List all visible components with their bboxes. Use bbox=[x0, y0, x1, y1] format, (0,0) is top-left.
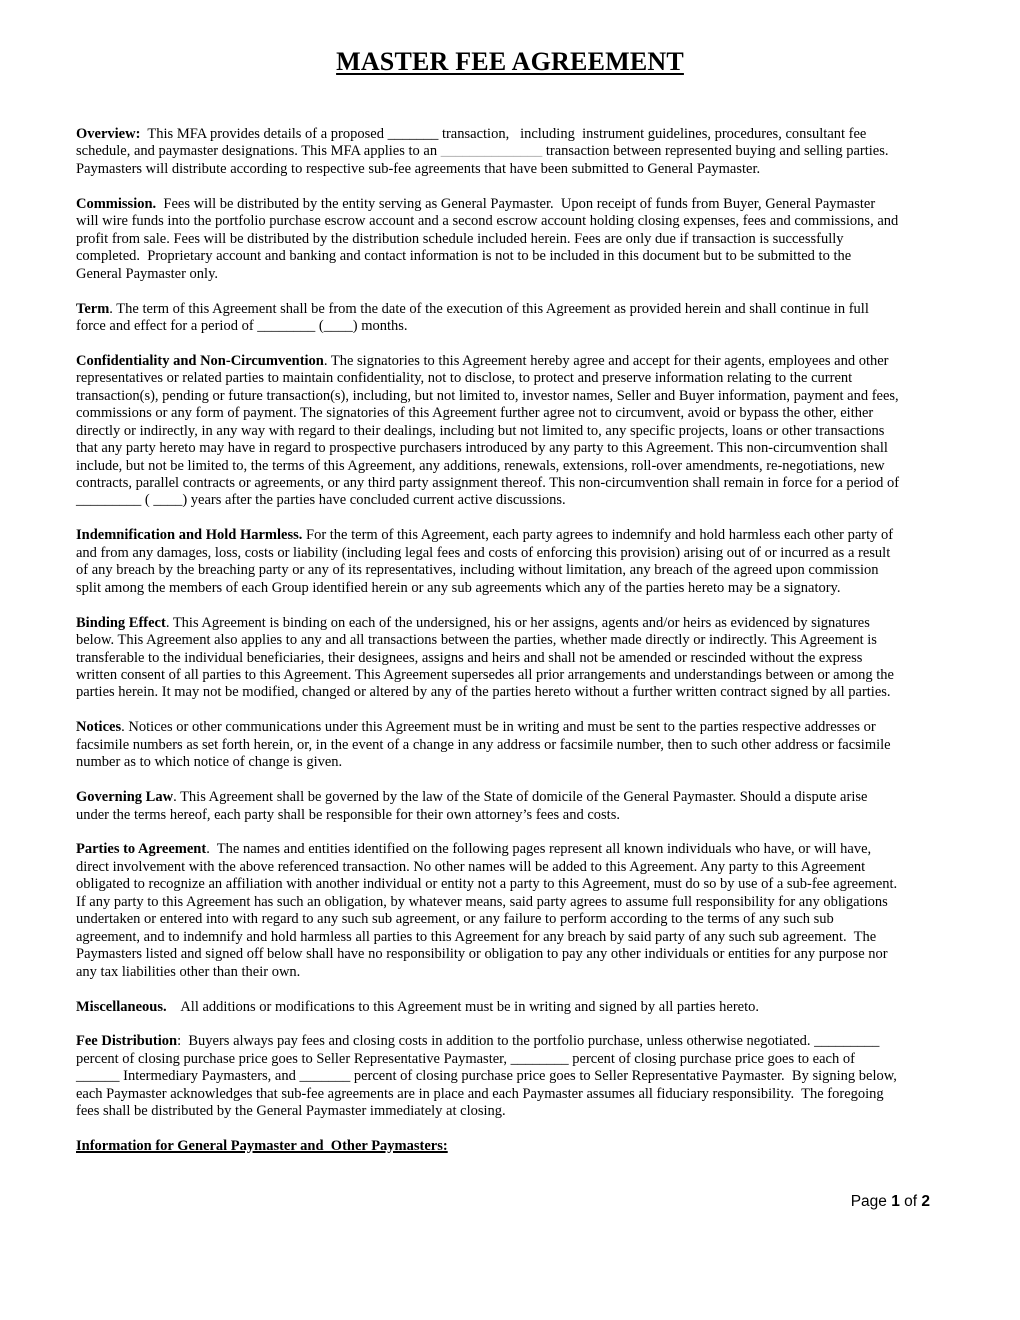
section-label-commission: Commission. bbox=[76, 196, 156, 212]
section-label-governing-law: Governing Law bbox=[76, 789, 173, 805]
paragraph-text: : Buyers always pay fees and closing cos… bbox=[76, 1033, 897, 1119]
footer-page-label: Page bbox=[851, 1193, 892, 1210]
paragraph-text: . This Agreement shall be governed by th… bbox=[76, 789, 867, 822]
paragraph-text: Fees will be distributed by the entity s… bbox=[76, 196, 898, 282]
heading-text: Information for General Paymaster and Ot… bbox=[76, 1138, 448, 1154]
page-number-footer: Page 1 of 2 bbox=[851, 1193, 930, 1211]
heading-information-for-paymasters: Information for General Paymaster and Ot… bbox=[76, 1138, 1010, 1155]
paragraph-miscellaneous: Miscellaneous. All additions or modifica… bbox=[76, 999, 1010, 1016]
fill-in-blank: ______________ bbox=[441, 143, 543, 159]
section-label-parties: Parties to Agreement bbox=[76, 841, 206, 857]
paragraph-text: . Notices or other communications under … bbox=[76, 719, 891, 770]
footer-total-pages: 2 bbox=[921, 1193, 930, 1210]
document-page: MASTER FEE AGREEMENT Overview: This MFA … bbox=[0, 0, 1020, 1320]
paragraph-binding-effect: Binding Effect. This Agreement is bindin… bbox=[76, 615, 1010, 702]
paragraph-term: Term. The term of this Agreement shall b… bbox=[76, 301, 1010, 336]
paragraph-overview: Overview: This MFA provides details of a… bbox=[76, 126, 1010, 178]
paragraph-text: . The term of this Agreement shall be fr… bbox=[76, 301, 869, 334]
paragraph-parties-to-agreement: Parties to Agreement. The names and enti… bbox=[76, 841, 1010, 981]
footer-page-number: 1 bbox=[891, 1193, 900, 1210]
section-label-fee-distribution: Fee Distribution bbox=[76, 1033, 177, 1049]
section-label-overview: Overview: bbox=[76, 126, 140, 142]
section-label-miscellaneous: Miscellaneous. bbox=[76, 999, 167, 1015]
paragraph-text: . This Agreement is binding on each of t… bbox=[76, 615, 894, 701]
paragraph-fee-distribution: Fee Distribution: Buyers always pay fees… bbox=[76, 1033, 1010, 1120]
footer-of-label: of bbox=[900, 1193, 922, 1210]
document-body: Overview: This MFA provides details of a… bbox=[76, 126, 1010, 1173]
paragraph-text: . The names and entities identified on t… bbox=[76, 841, 897, 979]
section-label-binding-effect: Binding Effect bbox=[76, 615, 166, 631]
section-label-term: Term bbox=[76, 301, 109, 317]
section-label-notices: Notices bbox=[76, 719, 121, 735]
paragraph-commission: Commission. Fees will be distributed by … bbox=[76, 196, 1010, 283]
paragraph-text: All additions or modifications to this A… bbox=[167, 999, 759, 1015]
paragraph-confidentiality: Confidentiality and Non-Circumvention. T… bbox=[76, 353, 1010, 510]
paragraph-indemnification: Indemnification and Hold Harmless. For t… bbox=[76, 527, 1010, 597]
paragraph-text: . The signatories to this Agreement here… bbox=[76, 353, 899, 509]
section-label-indemnification: Indemnification and Hold Harmless. bbox=[76, 527, 302, 543]
paragraph-notices: Notices. Notices or other communications… bbox=[76, 719, 1010, 771]
section-label-confidentiality: Confidentiality and Non-Circumvention bbox=[76, 353, 324, 369]
paragraph-governing-law: Governing Law. This Agreement shall be g… bbox=[76, 789, 1010, 824]
document-title: MASTER FEE AGREEMENT bbox=[0, 47, 1020, 77]
